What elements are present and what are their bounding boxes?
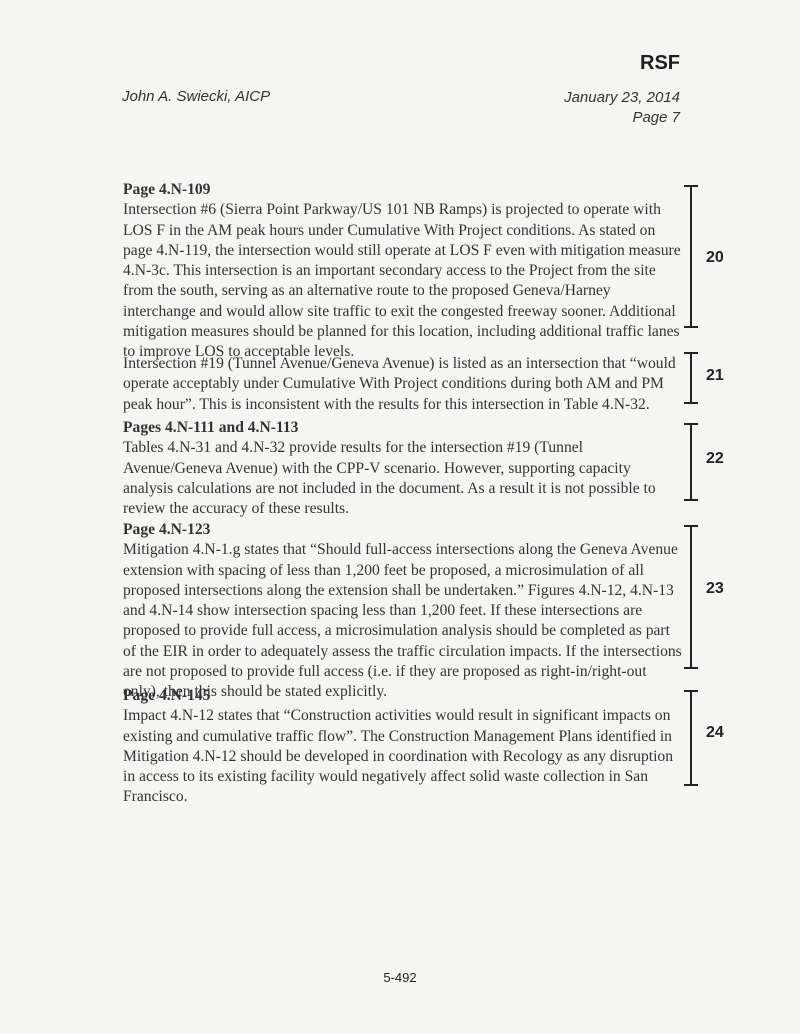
comment-section-22: Pages 4.N-111 and 4.N-113 Tables 4.N-31 … xyxy=(123,418,683,519)
section-body: Intersection #19 (Tunnel Avenue/Geneva A… xyxy=(123,355,676,413)
section-body: Impact 4.N-12 states that “Construction … xyxy=(123,707,673,805)
letter-date: January 23, 2014 xyxy=(564,88,680,108)
comment-section-23: Page 4.N-123 Mitigation 4.N-1.g states t… xyxy=(123,520,683,703)
comment-section-21: Intersection #19 (Tunnel Avenue/Geneva A… xyxy=(123,354,683,415)
comment-bracket-20 xyxy=(684,185,698,328)
org-label: RSF xyxy=(640,52,680,75)
section-body: Intersection #6 (Sierra Point Parkway/US… xyxy=(123,201,681,360)
section-title: Page 4.N-109 xyxy=(123,180,683,200)
comment-number-24: 24 xyxy=(706,724,724,742)
section-body: Mitigation 4.N-1.g states that “Should f… xyxy=(123,541,682,700)
comment-section-20: Page 4.N-109 Intersection #6 (Sierra Poi… xyxy=(123,180,683,363)
comment-number-21: 21 xyxy=(706,367,724,385)
comment-bracket-21 xyxy=(684,352,698,404)
author-name: John A. Swiecki, AICP xyxy=(122,88,270,105)
section-title: Pages 4.N-111 and 4.N-113 xyxy=(123,418,683,438)
comment-bracket-23 xyxy=(684,525,698,669)
letter-page: Page 7 xyxy=(564,108,680,128)
section-title: Page 4.N-145 xyxy=(123,686,683,706)
document-page: RSF John A. Swiecki, AICP January 23, 20… xyxy=(0,0,800,1034)
comment-bracket-24 xyxy=(684,690,698,786)
page-number: 5-492 xyxy=(0,970,800,985)
section-body: Tables 4.N-31 and 4.N-32 provide results… xyxy=(123,439,656,517)
section-title: Page 4.N-123 xyxy=(123,520,683,540)
date-block: January 23, 2014 Page 7 xyxy=(564,88,680,128)
comment-section-24: Page 4.N-145 Impact 4.N-12 states that “… xyxy=(123,686,683,808)
comment-number-20: 20 xyxy=(706,249,724,267)
comment-number-22: 22 xyxy=(706,450,724,468)
comment-bracket-22 xyxy=(684,423,698,501)
comment-number-23: 23 xyxy=(706,580,724,598)
